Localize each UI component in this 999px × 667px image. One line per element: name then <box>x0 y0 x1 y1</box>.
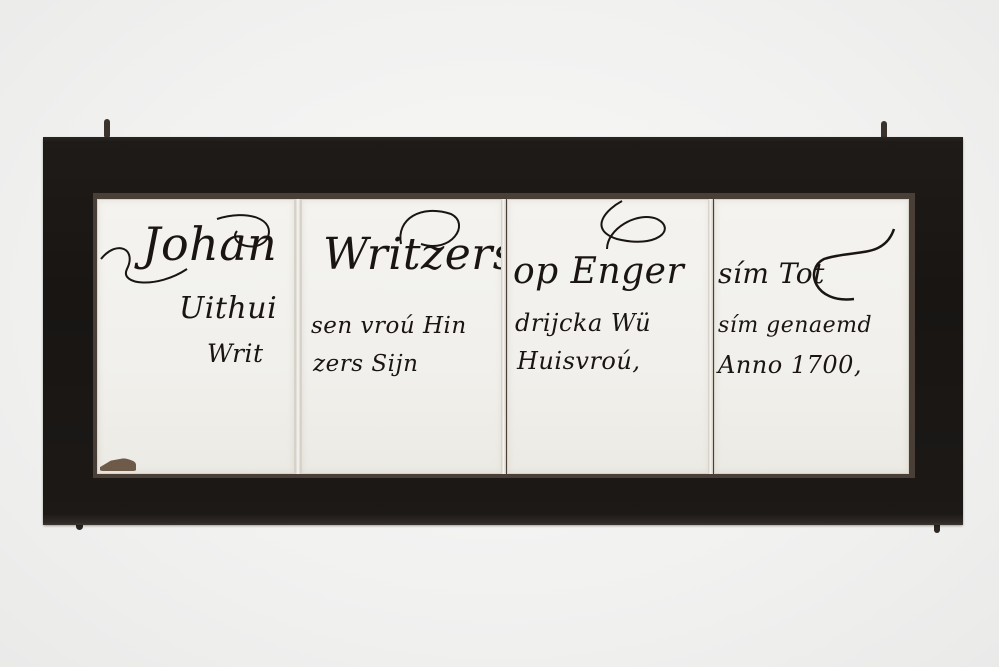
calligraphic-flourish-icon <box>714 199 909 309</box>
inscription-line: op Enger <box>513 251 684 292</box>
hanging-hook-top-left <box>104 119 110 137</box>
inscription-line: Johan <box>142 217 277 271</box>
inscription-line: Writ <box>207 339 264 368</box>
glass-pane-3: op Enger drijcka Wü Huisvroú, <box>507 199 710 474</box>
frame-bottom-bevel <box>43 515 963 525</box>
frame-top-bevel <box>43 137 963 143</box>
lead-divider <box>295 199 301 474</box>
lead-divider <box>708 199 713 474</box>
inscription-line: sen vroú Hin <box>311 313 467 339</box>
inscription-line: Writzers <box>323 229 503 280</box>
inscription-line: Huisvroú, <box>517 347 640 375</box>
lead-divider <box>501 199 506 474</box>
glass-pane-2: Writzers sen vroú Hin zers Sijn <box>301 199 503 474</box>
inscription-line: Uithui <box>179 291 277 326</box>
glass-pane-1: Johan Uithui Writ <box>97 199 295 474</box>
glass-pane-4: sím Tot sím genaemd Anno 1700, <box>714 199 909 474</box>
inscription-line: sím genaemd <box>718 313 872 338</box>
inscription-line: zers Sijn <box>313 351 418 377</box>
inscription-line: Anno 1700, <box>718 351 862 379</box>
hanging-hook-bottom-right <box>934 524 940 533</box>
inscription-line: sím Tot <box>718 257 825 290</box>
small-animal-stain <box>100 458 136 471</box>
inscription-line: drijcka Wü <box>515 309 651 337</box>
